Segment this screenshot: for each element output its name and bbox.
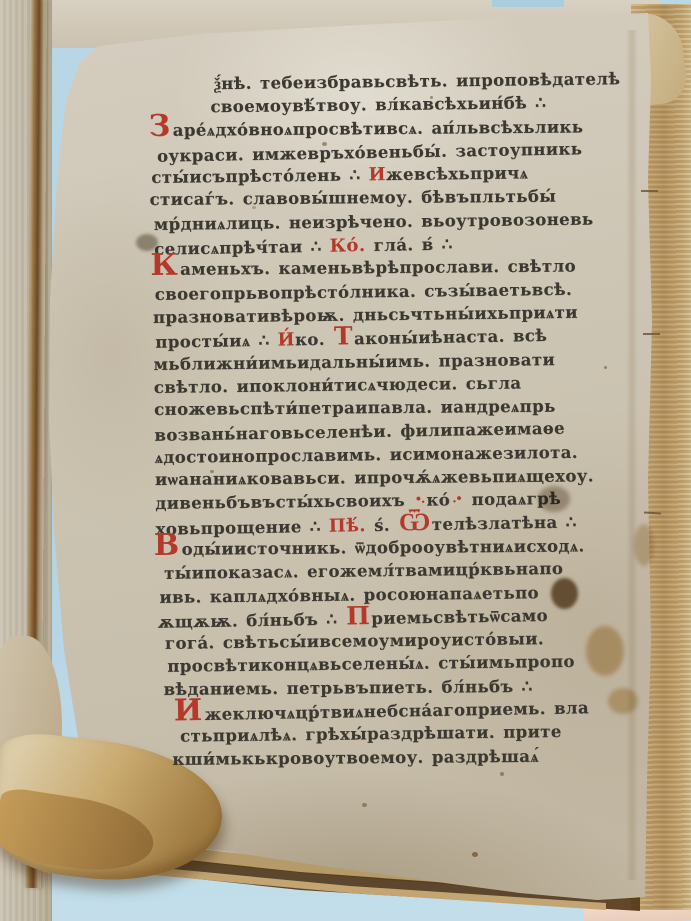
initial-letter: К	[150, 248, 180, 283]
text-segment: сножевьспѣти́петраипавла. иандреѧпрь	[154, 397, 556, 419]
foxing-speck	[210, 470, 214, 473]
text-segment: просвѣтиконцѧвьселены́ѧ. сты́имьпропо	[167, 652, 575, 676]
text-segment: просты́иѧ ∴	[155, 331, 278, 352]
foxing-speck	[472, 852, 478, 857]
text-segment: вѣданиемь. петрьвъпиеть. бл́ньбъ ∴	[163, 677, 532, 699]
text-segment: ты́ипоказасѧ. егожемл́твамицр́квьнапо	[164, 559, 563, 583]
stain	[551, 578, 578, 609]
text-segment: мр́дниѧлиць. неизрѣчено. вьоутровозоневь	[154, 209, 594, 233]
text-segment: гла́. в́ ∴	[365, 235, 452, 256]
text-segment: дивеньбъвъсты́хьсвоихъ	[155, 491, 413, 513]
manuscript-photo: ѯ́нѣ. тебеизбравьсвѣть. ипроповѣдателѣсв…	[0, 0, 691, 921]
rubric-segment: И	[368, 164, 386, 185]
foxing-speck	[430, 96, 433, 99]
rubric-segment: П	[345, 601, 372, 630]
text-segment: ѯ́нѣ. тебеизбравьсвѣть. ипроповѣдателѣ	[214, 69, 620, 93]
text-segment: ѧдостоинопрославимь. исимонажезилота.	[155, 443, 578, 467]
text-segment: аменьхъ. каменьвѣрѣпрослави. свѣтло	[180, 257, 576, 279]
text-segment: своемоувѣ́твоу. вл́кавсѣхьин́бѣ ∴	[210, 93, 546, 116]
stain	[586, 626, 624, 676]
text-segment: иѡананиѧковавьси. ипрочѫ́ѧжевьпиѧщехоу.	[155, 466, 594, 489]
stain	[634, 524, 654, 566]
foxing-speck	[362, 803, 367, 807]
manuscript-line: кши́мькькровоутвоемоу. раздрѣшаѧ́	[156, 743, 668, 771]
text-segment: своегопрьвопрѣсто́лника. съзы́ваетьвсѣ.	[155, 280, 573, 304]
foxing-speck	[500, 772, 504, 776]
rubric-segment: Ѿ	[398, 507, 432, 537]
stain	[608, 688, 638, 714]
text-segment: ко.	[295, 330, 333, 350]
text-segment: селисѧпрѣч́таи ∴	[154, 237, 330, 259]
backdrop-sliver-top	[492, 0, 564, 7]
rubric-segment: Пѣ́.	[329, 515, 366, 537]
foxing-speck	[604, 366, 607, 369]
text-segment: оды́иисточникь. ѿдоброоувѣтниѧисходѧ.	[182, 536, 585, 558]
foxing-speck	[322, 142, 327, 146]
text-segment: ѫщѫѭ. бл́ньбъ ∴	[158, 609, 346, 631]
rubric-segment: ∙.	[413, 492, 426, 507]
text-segment: гога́. свѣтьсы́ивсемоумироуисто́выи.	[165, 629, 544, 653]
rubric-segment: И́	[277, 330, 295, 351]
text-segment: свѣтло. ипоклони́тисѧчюдеси. сьгла	[154, 373, 522, 396]
text-segment: стисаѓъ. славовы́шнемоу. бѣвъпльтьбы́	[149, 187, 556, 209]
text-segment: риемьсвѣтьѿсамо	[371, 606, 548, 628]
text-segment: мьближни́имьидальны́имь. празновати	[153, 350, 555, 374]
text-segment: кши́мькькровоутвоемоу. раздрѣшаѧ́	[172, 746, 539, 768]
rubric-segment: .∙	[450, 492, 463, 507]
initial-letter: З	[149, 108, 173, 143]
stain	[538, 486, 570, 512]
text-segment: ѕ́.	[366, 515, 398, 535]
text-segment: аконы́иѣнаста. всѣ	[354, 326, 548, 348]
text-segment: телѣзлатѣна ∴	[432, 512, 577, 534]
foxing-speck	[252, 206, 256, 209]
initial-letter: И	[173, 693, 204, 729]
text-segment: стьприѧлѣѧ. грѣхы́раздрѣшати. прите	[180, 722, 562, 746]
text-segment: сты́исъпрѣсто́лень ∴	[151, 166, 368, 188]
text-segment: аре́ѧдхо́вноѧпросвѣтивсѧ. ап́львсѣхьликь	[173, 117, 584, 139]
text-segment: празновативѣроѭ. дньсьчтьны́ихьприѧти	[153, 303, 578, 327]
initial-letter: В	[154, 528, 182, 563]
rubric-segment: Ко́.	[329, 235, 365, 257]
rubric-segment: Т	[333, 322, 355, 351]
stain	[136, 234, 158, 251]
text-segment: жевсѣхьпричѧ	[386, 164, 529, 185]
